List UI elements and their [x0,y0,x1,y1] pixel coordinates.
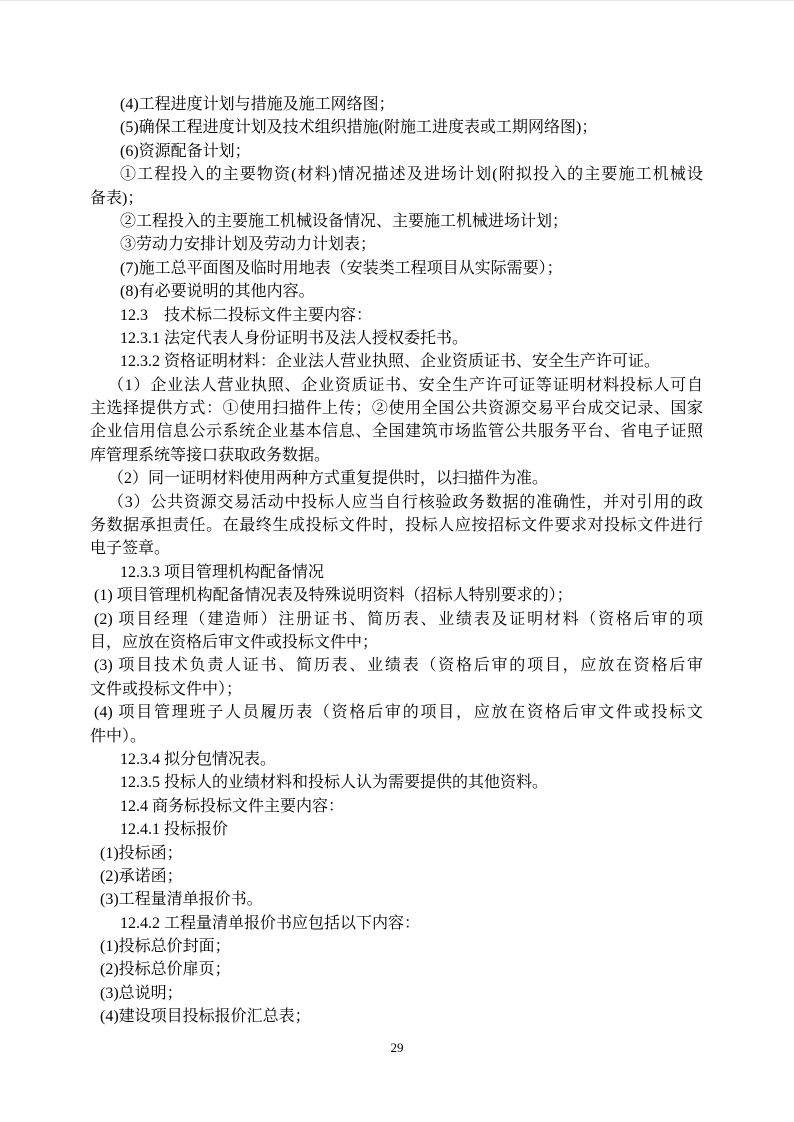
text-line: 12.3.4 拟分包情况表。 [90,748,703,771]
document-page: (4)工程进度计划与措施及施工网络图； (5)确保工程进度计划及技术组织措施(附… [0,0,794,1122]
text-line: (2)承诺函； [90,865,703,888]
text-line: 12.3.1 法定代表人身份证明书及法人授权委托书。 [90,327,703,350]
text-line: ③劳动力安排计划及劳动力计划表； [90,233,703,256]
text-line: (6)资源配备计划； [90,140,703,163]
text-line: (7)施工总平面图及临时用地表（安装类工程项目从实际需要）； [90,257,703,280]
text-line: (5)确保工程进度计划及技术组织措施(附施工进度表或工期网络图)； [90,116,703,139]
text-line: 目，应放在资格后审文件或投标文件中； [90,631,703,654]
text-line: （1）企业法人营业执照、企业资质证书、安全生产许可证等证明材料投标人可自 [90,374,703,397]
text-line: （2）同一证明材料使用两种方式重复提供时，以扫描件为准。 [90,467,703,490]
text-line: 主选择提供方式：①使用扫描件上传；②使用全国公共资源交易平台成交记录、国家 [90,397,703,420]
text-line: 12.3.2 资格证明材料：企业法人营业执照、企业资质证书、安全生产许可证。 [90,350,703,373]
section-heading: 12.4 商务标投标文件主要内容： [90,795,703,818]
text-line: 备表)； [90,187,703,210]
section-heading: 12.3.3 项目管理机构配备情况 [90,561,703,584]
text-line: (1) 项目管理机构配备情况表及特殊说明资料（招标人特别要求的）； [90,584,703,607]
text-line: （3）公共资源交易活动中投标人应当自行核验政务数据的准确性，并对引用的政 [90,491,703,514]
text-line: 企业信用信息公示系统企业基本信息、全国建筑市场监管公共服务平台、省电子证照 [90,420,703,443]
text-line: (4)建设项目投标报价汇总表； [90,1005,703,1028]
text-line: (8)有必要说明的其他内容。 [90,280,703,303]
text-line: ②工程投入的主要施工机械设备情况、主要施工机械进场计划； [90,210,703,233]
text-line: 库管理系统等接口获取政务数据。 [90,444,703,467]
text-line: (2) 项目经理（建造师）注册证书、简历表、业绩表及证明材料（资格后审的项 [90,608,703,631]
text-line: 12.3.5 投标人的业绩材料和投标人认为需要提供的其他资料。 [90,771,703,794]
section-heading: 12.4.2 工程量清单报价书应包括以下内容： [90,912,703,935]
text-line: 务数据承担责任。在最终生成投标文件时，投标人应按招标文件要求对投标文件进行 [90,514,703,537]
section-heading: 12.4.1 投标报价 [90,818,703,841]
text-line: (1)投标总价封面； [90,935,703,958]
text-line: ①工程投入的主要物资(材料)情况描述及进场计划(附拟投入的主要施工机械设 [90,163,703,186]
text-line: (3)总说明； [90,982,703,1005]
page-number: 29 [0,1039,794,1057]
text-line: (3) 项目技术负责人证书、简历表、业绩表（资格后审的项目，应放在资格后审 [90,654,703,677]
text-line: (1)投标函； [90,842,703,865]
text-line: 件中）。 [90,725,703,748]
section-heading: 12.3 技术标二投标文件主要内容： [90,304,703,327]
text-line: (4)工程进度计划与措施及施工网络图； [90,93,703,116]
document-body: (4)工程进度计划与措施及施工网络图； (5)确保工程进度计划及技术组织措施(附… [90,93,703,1029]
text-line: (2)投标总价扉页； [90,958,703,981]
text-line: (3)工程量清单报价书。 [90,888,703,911]
text-line: 文件或投标文件中）； [90,678,703,701]
text-line: (4) 项目管理班子人员履历表（资格后审的项目，应放在资格后审文件或投标文 [90,701,703,724]
text-line: 电子签章。 [90,537,703,560]
